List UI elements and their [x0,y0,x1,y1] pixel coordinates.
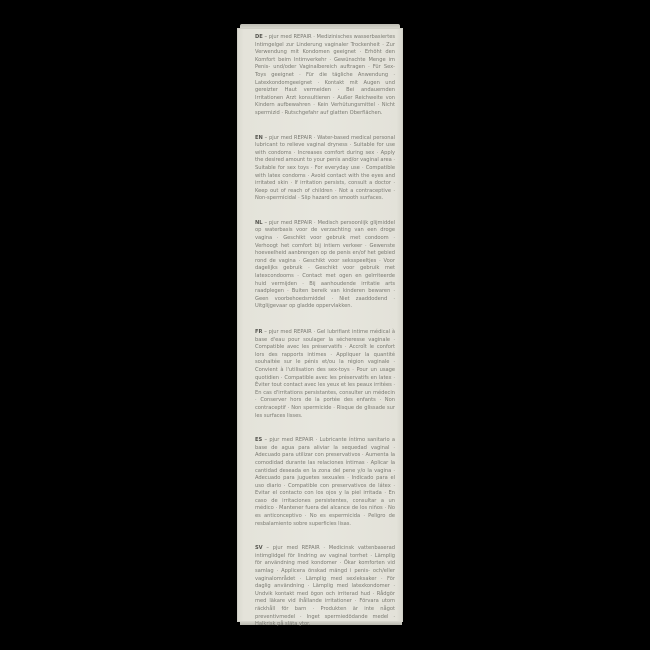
section-de: DE – pjur med REPAIR · Medizinisches was… [255,34,395,118]
section-text: pjur med REPAIR · Lubricante íntimo sani… [255,437,395,527]
language-code: SV [255,545,263,551]
language-code: EN [255,135,263,141]
language-code: DE [255,34,263,40]
section-sv: SV – pjur med REPAIR · Medicinsk vattenb… [255,545,395,629]
section-text: pjur med REPAIR · Water-based medical pe… [255,135,395,202]
section-text: pjur med REPAIR · Medicinsk vattenbasera… [255,545,395,627]
section-text: pjur med REPAIR · Medisch persoonlijk gl… [255,220,395,310]
section-text: pjur med REPAIR · Medizinisches wasserba… [255,34,395,116]
section-es: ES – pjur med REPAIR · Lubricante íntimo… [255,437,395,528]
section-text: pjur med REPAIR · Gel lubrifiant intime … [255,329,395,419]
multilingual-instructions: DE – pjur med REPAIR · Medizinisches was… [255,34,395,629]
language-code: NL [255,220,263,226]
section-en: EN – pjur med REPAIR · Water-based medic… [255,135,395,203]
section-fr: FR – pjur med REPAIR · Gel lubrifiant in… [255,329,395,420]
section-nl: NL – pjur med REPAIR · Medisch persoonli… [255,220,395,311]
